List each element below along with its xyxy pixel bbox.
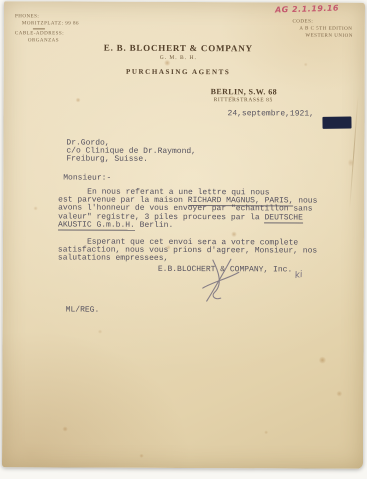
stain	[139, 454, 144, 458]
handwritten-signature	[201, 258, 241, 303]
stain	[33, 206, 38, 210]
stain	[304, 63, 308, 67]
codes-western-union: WESTERN UNION	[292, 32, 352, 39]
p1-line4-underlined: DEUTSCHE	[264, 213, 302, 223]
stain	[231, 231, 237, 237]
stain	[230, 95, 234, 99]
letter-date: 24,septembre,1921,	[228, 110, 314, 119]
letterhead-address: BERLIN, S.W. 68 RITTERSTRASSE 85	[211, 87, 277, 103]
company-form: G. M. B. H.	[4, 54, 353, 62]
paragraph-1: En nous referant a une lettre qui nous e…	[58, 188, 330, 230]
stain	[318, 357, 326, 364]
letterhead-phones-block: PHONES: MORITZPLATZ: 99 86 CABLE-ADDRESS…	[15, 13, 79, 44]
letter-paper: AG 2.1.19.16 PHONES: MORITZPLATZ: 99 86 …	[2, 1, 365, 469]
divider-rule	[33, 28, 45, 29]
company-role: PURCHASING AGENTS	[4, 67, 353, 77]
stain	[336, 391, 342, 397]
phones-value: MORITZPLATZ: 99 86	[15, 20, 79, 27]
recipient-block: Dr.Gordo, c/o Clinique de Dr.Raymond, Fr…	[66, 139, 196, 164]
redaction-box	[322, 116, 351, 128]
stain	[98, 330, 103, 334]
stain	[164, 60, 171, 66]
scan-background: AG 2.1.19.16 PHONES: MORITZPLATZ: 99 86 …	[0, 0, 367, 479]
letterhead-codes-block: CODES: A B C 5TH EDITION WESTERN UNION	[292, 18, 353, 39]
address-street: RITTERSTRASSE 85	[214, 97, 277, 103]
salutation: Monsieur:-	[63, 174, 111, 182]
stain	[264, 430, 268, 434]
recipient-city: Freiburg, Suisse.	[66, 156, 196, 165]
handwritten-initials: ki	[294, 270, 303, 281]
archival-shelfmark: AG 2.1.19.16	[275, 4, 339, 15]
letterhead-company-block: E. B. BLOCHERT & COMPANY G. M. B. H. PUR…	[4, 42, 353, 77]
address-city: BERLIN, S.W. 68	[211, 87, 277, 96]
reference-initials: ML/REG.	[66, 306, 100, 314]
company-name: E. B. BLOCHERT & COMPANY	[4, 42, 353, 54]
p2-line3: salutations empressees,	[58, 255, 330, 264]
stain	[76, 98, 81, 103]
stain	[62, 426, 68, 431]
paragraph-2: Esperant que cet envoi sera a votre comp…	[58, 238, 330, 264]
p1-line5-post: Berlin.	[135, 221, 173, 230]
p1-line5-underlined: AKUSTIC G.m.b.H.	[58, 220, 135, 230]
stain	[348, 158, 353, 168]
stain	[166, 245, 171, 250]
paper-crease	[349, 95, 359, 210]
